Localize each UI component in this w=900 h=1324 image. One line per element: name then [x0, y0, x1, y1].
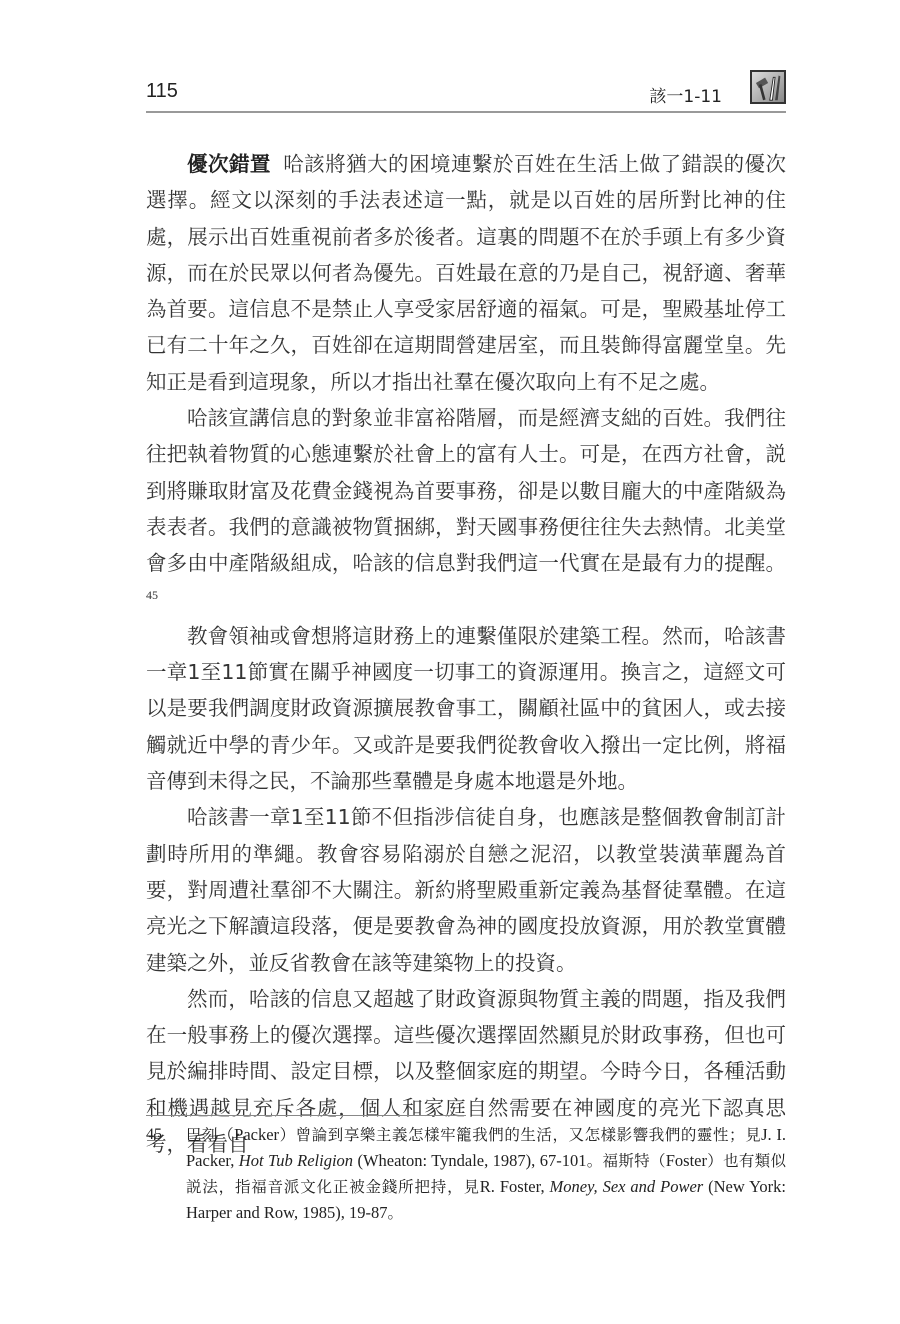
section-heading: 優次錯置: [187, 152, 271, 176]
fn-text: Foster: [666, 1151, 707, 1170]
fn-book-title: Money, Sex and Power: [550, 1177, 704, 1196]
paragraph: 優次錯置哈該將猶大的困境連繫於百姓在生活上做了錯誤的優次選擇。經文以深刻的手法表…: [146, 146, 786, 400]
fn-citation: R. Foster,: [480, 1177, 550, 1196]
page-number: 115: [146, 80, 178, 103]
paragraph-text: 教會領袖或會想將這財務上的連繫僅限於建築工程。然而，哈該書一章1至11節實在關乎…: [146, 624, 786, 793]
fn-book-title: Hot Tub Religion: [239, 1151, 353, 1170]
fn-text: ）曾論到享樂主義怎樣牢籠我們的生活，又怎樣影響我們的靈性；見: [279, 1126, 761, 1144]
paragraph: 哈該書一章1至11節不但指涉信徒自身，也應該是整個教會制訂計劃時所用的準繩。教會…: [146, 799, 786, 980]
page-header: 115 該一1-11: [146, 70, 786, 110]
footnote-divider: [146, 1115, 466, 1116]
main-text: 優次錯置哈該將猶大的困境連繫於百姓在生活上做了錯誤的優次選擇。經文以深刻的手法表…: [146, 146, 786, 1162]
fn-text: 。: [387, 1204, 403, 1222]
footnote-number: 45: [146, 1122, 162, 1148]
tools-icon: [750, 70, 786, 104]
paragraph-text: 哈該宣講信息的對象並非富裕階層，而是經濟支絀的百姓。我們往往把執着物質的心態連繫…: [146, 406, 786, 575]
fn-text: 巴刻（: [186, 1126, 234, 1144]
paragraph: 哈該宣講信息的對象並非富裕階層，而是經濟支絀的百姓。我們往往把執着物質的心態連繫…: [146, 400, 786, 618]
footnote-ref[interactable]: 45: [146, 588, 158, 602]
fn-text: Packer: [234, 1125, 279, 1144]
footnote: 45 巴刻（Packer）曾論到享樂主義怎樣牢籠我們的生活，又怎樣影響我們的靈性…: [146, 1122, 786, 1226]
header-divider: [146, 111, 786, 113]
running-title: 該一1-11: [649, 82, 722, 107]
paragraph: 教會領袖或會想將這財務上的連繫僅限於建築工程。然而，哈該書一章1至11節實在關乎…: [146, 618, 786, 799]
footnote-text: 巴刻（Packer）曾論到享樂主義怎樣牢籠我們的生活，又怎樣影響我們的靈性；見J…: [186, 1122, 786, 1226]
fn-text: 。福斯特（: [586, 1152, 665, 1170]
book-page: 115 該一1-11 優次錯置哈該將猶大的困境連繫於百姓在生活上做了錯誤的優次選…: [0, 0, 900, 1324]
paragraph-text: 哈該將猶大的困境連繫於百姓在生活上做了錯誤的優次選擇。經文以深刻的手法表述這一點…: [146, 152, 786, 394]
paragraph-text: 哈該書一章1至11節不但指涉信徒自身，也應該是整個教會制訂計劃時所用的準繩。教會…: [146, 805, 786, 974]
fn-citation: (Wheaton: Tyndale, 1987), 67-101: [353, 1151, 586, 1170]
tools-illustration: [752, 72, 784, 102]
